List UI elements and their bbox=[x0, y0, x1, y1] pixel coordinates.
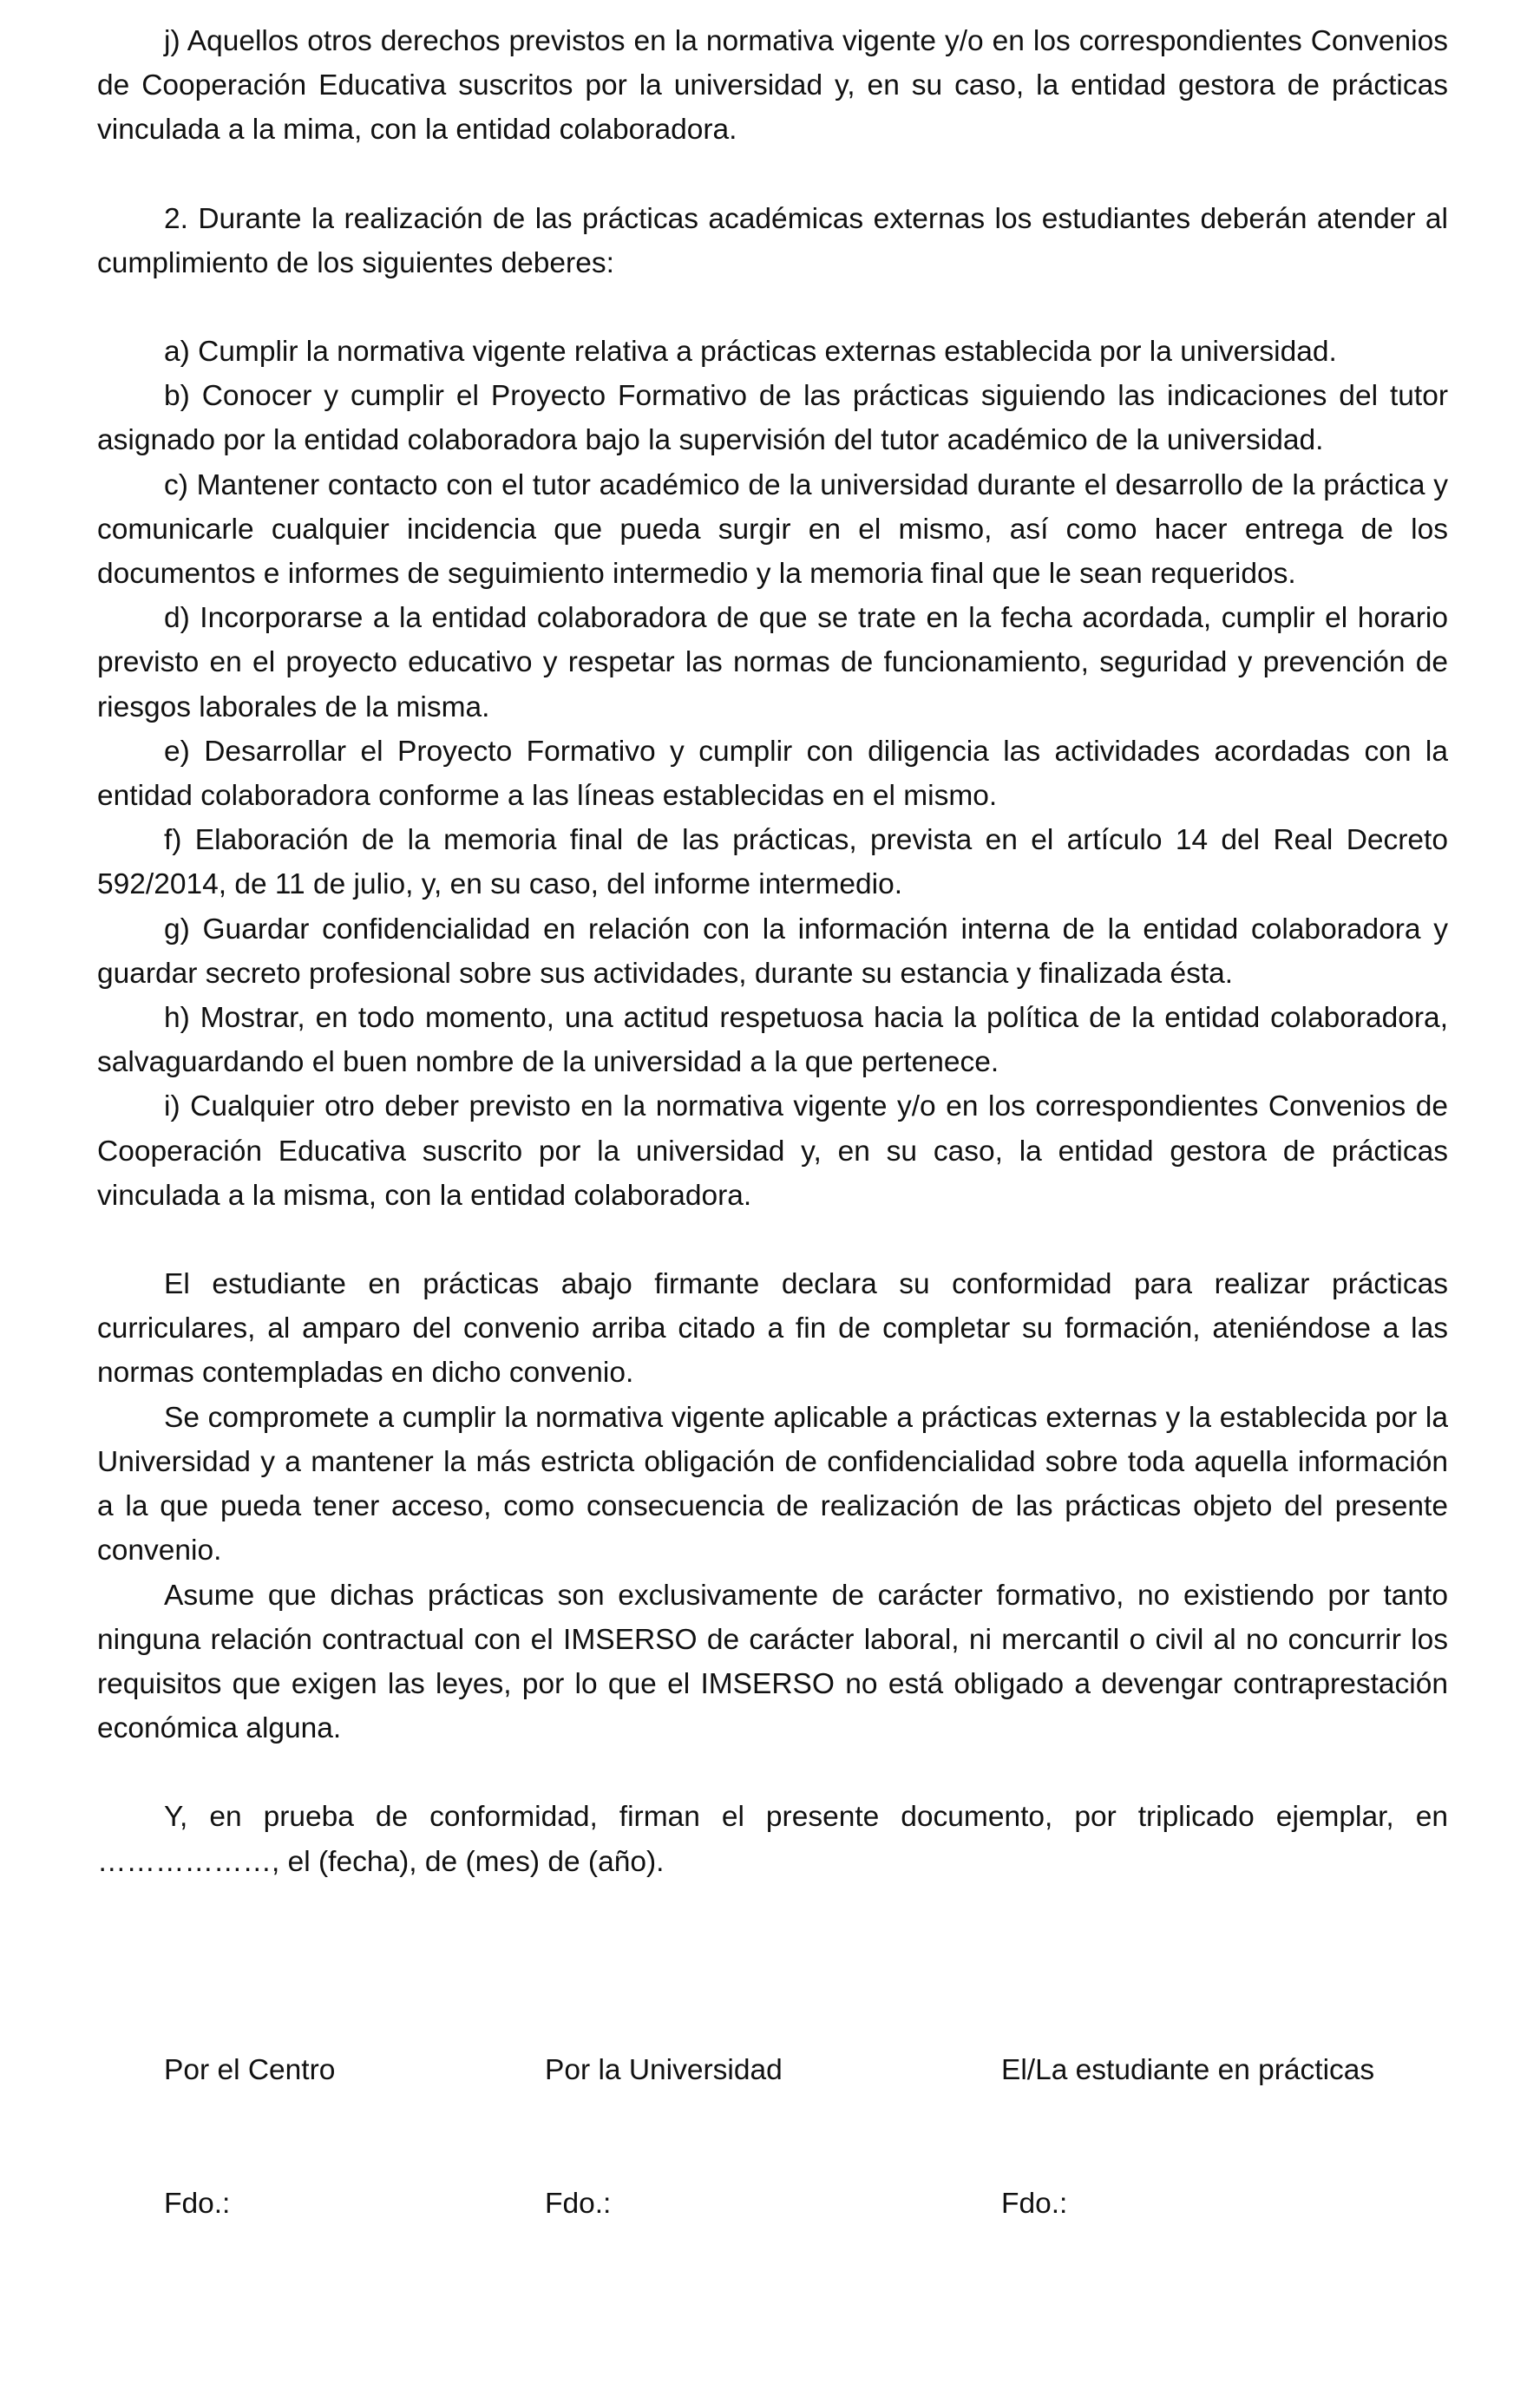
spacer bbox=[97, 1750, 1448, 1795]
duty-item-d: d) Incorporarse a la entidad colaborador… bbox=[97, 596, 1448, 730]
signature-line-estudiante: Fdo.: bbox=[1001, 2188, 1067, 2221]
spacer bbox=[97, 153, 1448, 197]
non-contractual-paragraph: Asume que dichas prácticas son exclusiva… bbox=[97, 1574, 1448, 1751]
signature-line-centro: Fdo.: bbox=[164, 2188, 230, 2221]
declaration-paragraph: El estudiante en prácticas abajo firmant… bbox=[97, 1262, 1448, 1396]
spacer bbox=[97, 285, 1448, 330]
commitment-paragraph: Se compromete a cumplir la normativa vig… bbox=[97, 1396, 1448, 1574]
duty-item-g: g) Guardar confidencialidad en relación … bbox=[97, 907, 1448, 996]
duty-item-f: f) Elaboración de la memoria final de la… bbox=[97, 818, 1448, 906]
duty-item-c: c) Mantener contacto con el tutor académ… bbox=[97, 463, 1448, 597]
duty-item-b: b) Conocer y cumplir el Proyecto Formati… bbox=[97, 374, 1448, 462]
duty-item-h: h) Mostrar, en todo momento, una actitud… bbox=[97, 996, 1448, 1084]
document-body: j) Aquellos otros derechos previstos en … bbox=[97, 19, 1448, 1884]
duty-item-a: a) Cumplir la normativa vigente relativa… bbox=[97, 330, 1448, 374]
closing-paragraph: Y, en prueba de conformidad, firman el p… bbox=[97, 1795, 1448, 1883]
signature-line-universidad: Fdo.: bbox=[545, 2188, 611, 2221]
spacer bbox=[97, 1218, 1448, 1262]
signature-label-universidad: Por la Universidad bbox=[545, 2054, 783, 2087]
duty-item-i: i) Cualquier otro deber previsto en la n… bbox=[97, 1084, 1448, 1218]
rights-item-j: j) Aquellos otros derechos previstos en … bbox=[97, 19, 1448, 153]
signature-label-centro: Por el Centro bbox=[164, 2054, 335, 2087]
duties-intro: 2. Durante la realización de las práctic… bbox=[97, 197, 1448, 285]
signature-label-estudiante: El/La estudiante en prácticas bbox=[1001, 2054, 1374, 2087]
duty-item-e: e) Desarrollar el Proyecto Formativo y c… bbox=[97, 730, 1448, 818]
